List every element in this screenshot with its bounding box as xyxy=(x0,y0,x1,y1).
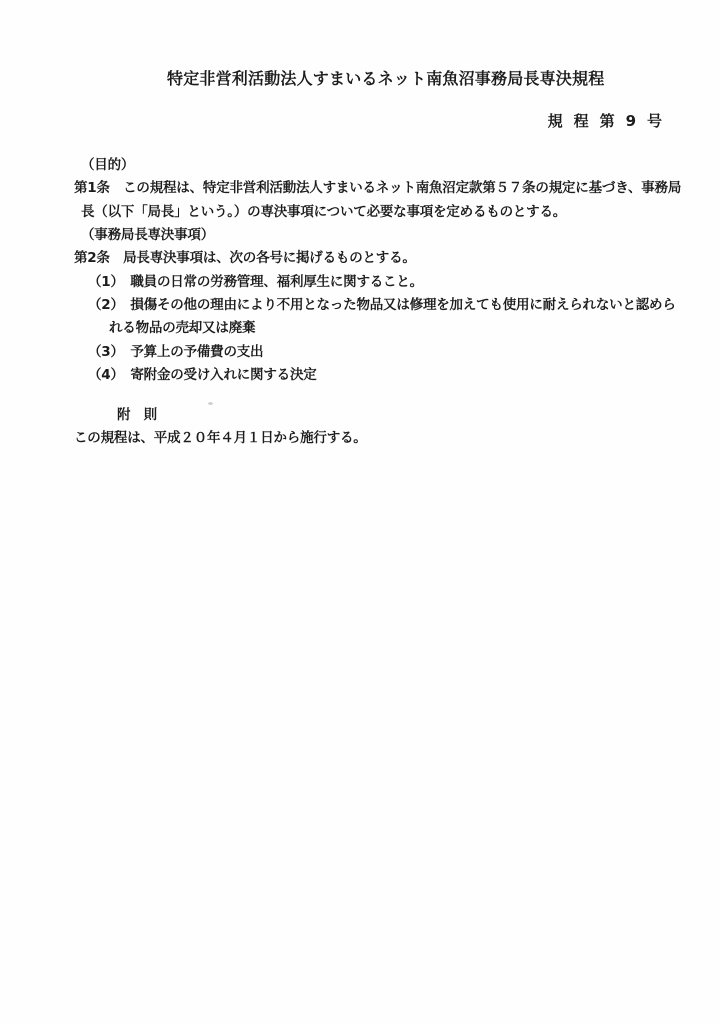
article2-item1: （1） 職員の日常の労務管理、福利厚生に関すること。 xyxy=(74,271,681,294)
article2-line1: 第2条 局長専決事項は、次の各号に掲げるものとする。 xyxy=(74,247,681,270)
article1-line2: 長（以下「局長」という。）の専決事項について必要な事項を定めるものとする。 xyxy=(74,201,681,224)
document-page: 特定非営利活動法人すまいるネット南魚沼事務局長専決規程 規程第9号 （目的） 第… xyxy=(0,0,721,1024)
heading-director-authority: （事務局長専決事項） xyxy=(74,224,681,247)
article2-item2-line1: （2） 損傷その他の理由により不用となった物品又は修理を加えても使用に耐えられな… xyxy=(74,294,681,317)
supplementary-provisions-text: この規程は、平成２０年４月１日から施行する。 xyxy=(74,427,681,450)
article1-line1: 第1条 この規程は、特定非営利活動法人すまいるネット南魚沼定款第５７条の規定に基… xyxy=(74,177,681,200)
document-body: （目的） 第1条 この規程は、特定非営利活動法人すまいるネット南魚沼定款第５７条… xyxy=(74,154,681,451)
document-number: 規程第9号 xyxy=(548,110,673,131)
article2-item4: （4） 寄附金の受け入れに関する決定 xyxy=(74,364,681,387)
article2-item2-line2: れる物品の売却又は廃棄 xyxy=(74,317,681,340)
supplementary-provisions-heading: 附 則 xyxy=(74,404,681,427)
scan-artifact-dot xyxy=(208,402,213,405)
heading-purpose: （目的） xyxy=(74,154,681,177)
document-title: 特定非営利活動法人すまいるネット南魚沼事務局長専決規程 xyxy=(167,66,604,89)
article2-item3: （3） 予算上の予備費の支出 xyxy=(74,341,681,364)
